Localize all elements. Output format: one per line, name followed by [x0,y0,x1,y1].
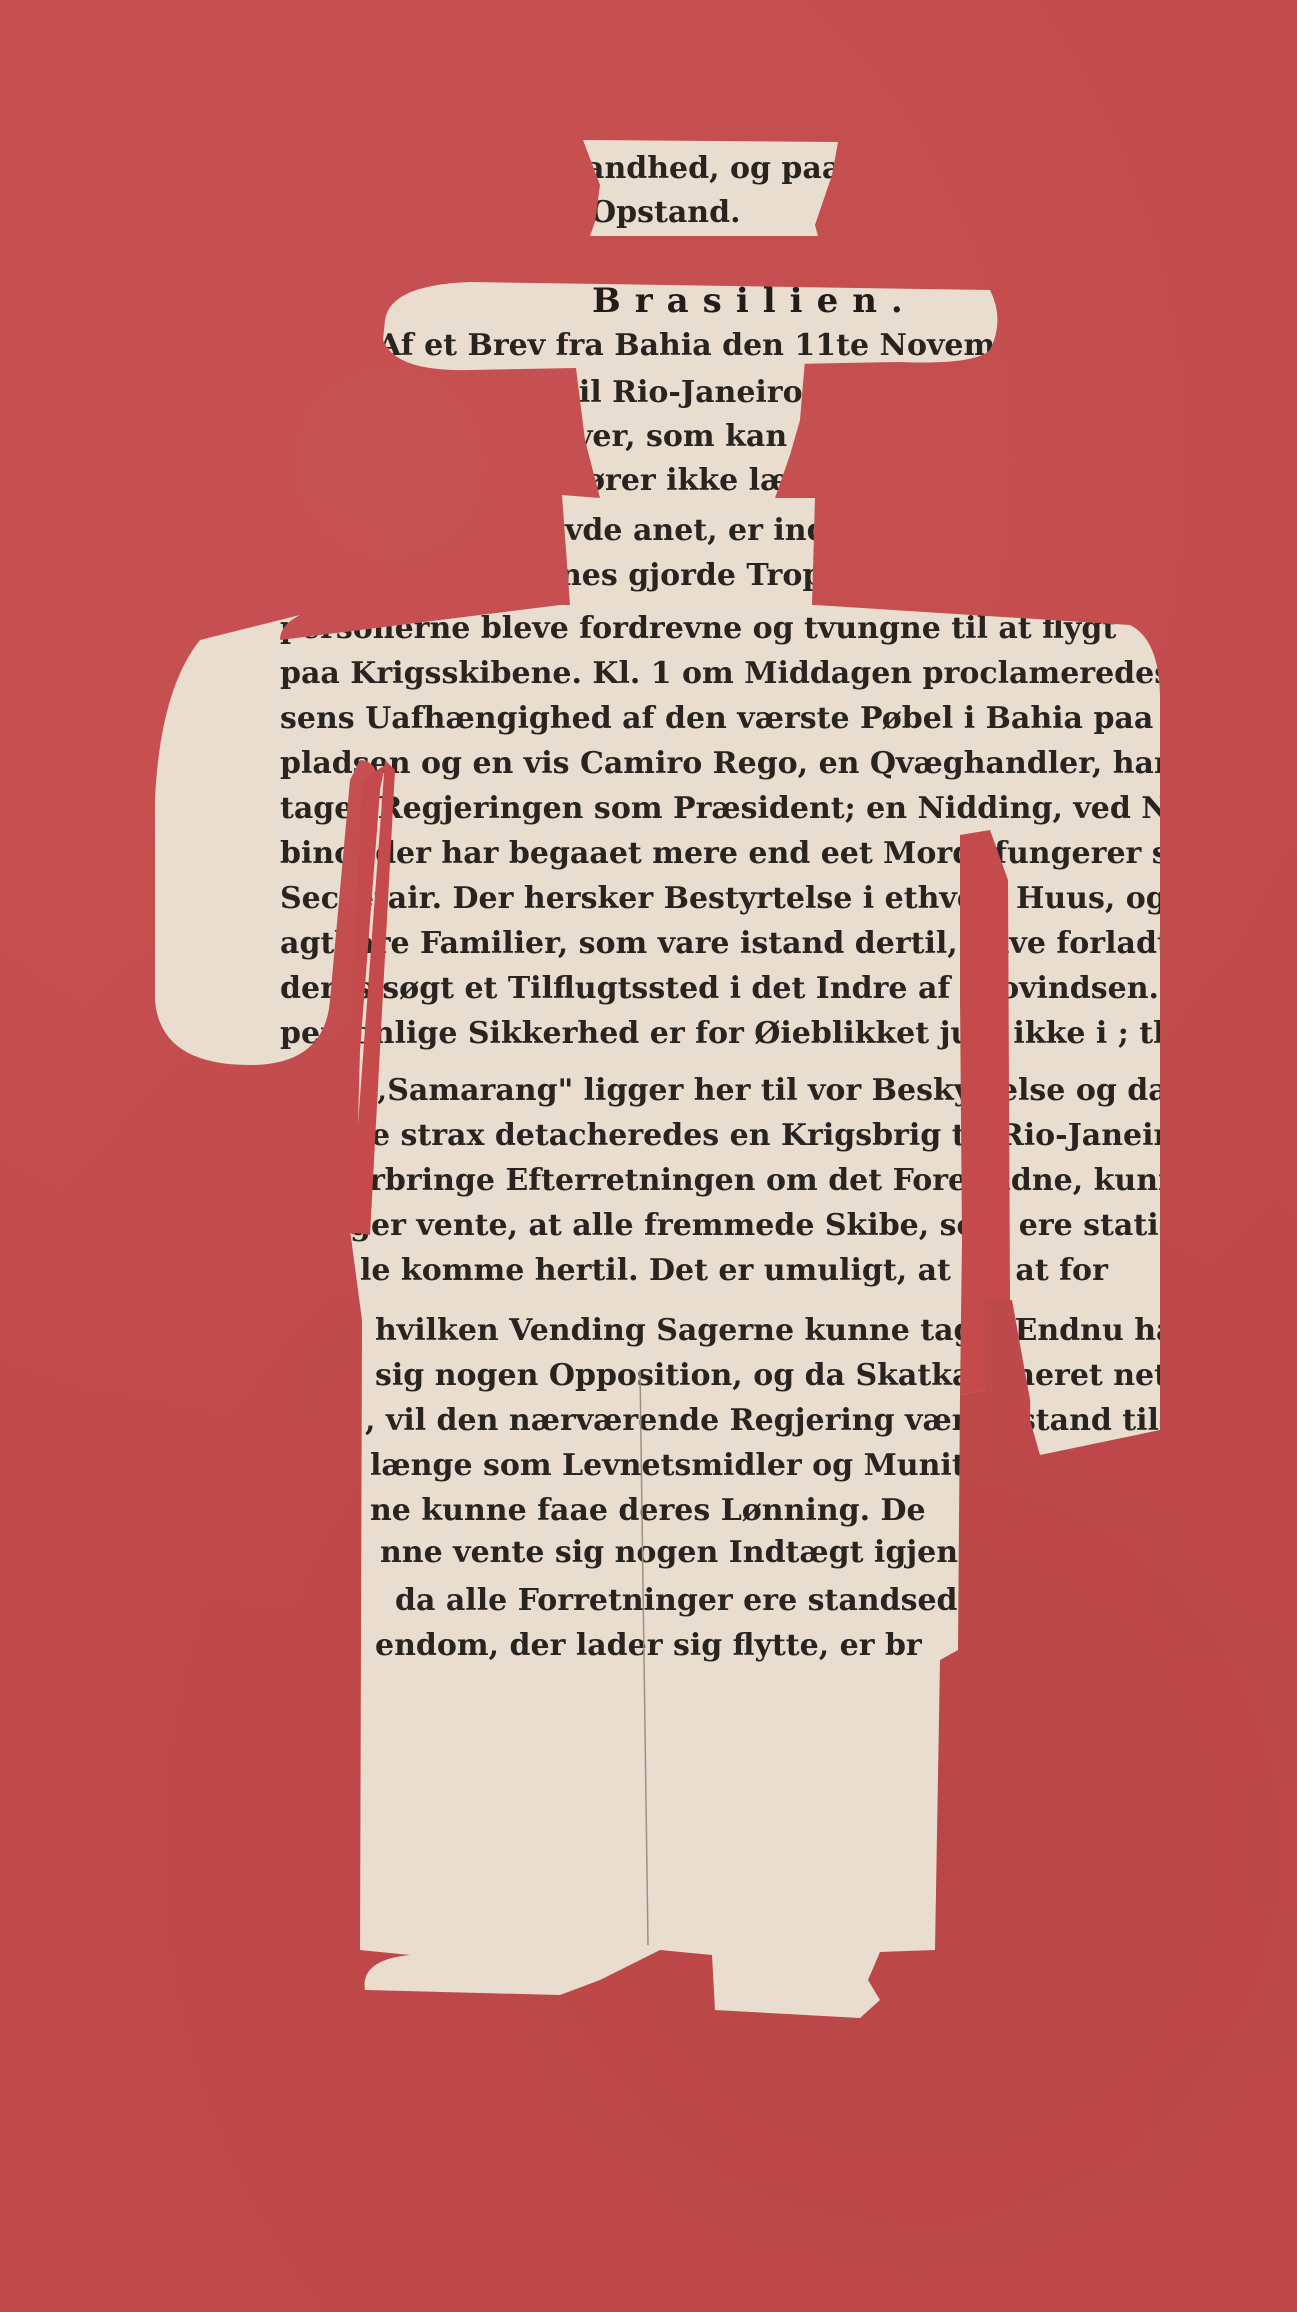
svg-text:Secretair. Der hersker Bestyrt: Secretair. Der hersker Bestyrtelse i eth… [280,881,1197,916]
svg-text:Opstand.: Opstand. [590,195,741,230]
svg-text:ver, som kan: ver, som kan [574,419,787,454]
paper-cutout-figure: andhed, og paastø Opstand. Brasilien. Af… [0,0,1297,2312]
svg-text:vde anet, er indt: vde anet, er indt [564,513,842,548]
svg-text:nne vente sig nogen Indtægt ig: nne vente sig nogen Indtægt igjennem [380,1535,1031,1570]
svg-text:personlige Sikkerhed er for Øi: personlige Sikkerhed er for Øieblikket j… [280,1016,1252,1051]
svg-text:hvilken Vending Sagerne kunne: hvilken Vending Sagerne kunne tage. Endn… [375,1313,1242,1348]
svg-text:erbringe Efterretningen om det: erbringe Efterretningen om det Forefaldn… [350,1163,1297,1198]
svg-text:nes gjorde Tropp: nes gjorde Tropp [560,558,844,593]
svg-text:agtbare Familier, som vare ist: agtbare Familier, som vare istand dertil… [280,926,1217,961]
svg-text:ger vente, at alle fremmede Sk: ger vente, at alle fremmede Skibe, som e… [350,1208,1237,1243]
svg-text:deres søgt et Tilflugtssted i: deres søgt et Tilflugtssted i det Indre … [280,971,1210,1006]
svg-text:sens Uafhængighed af den værst: sens Uafhængighed af den værste Pøbel i … [280,701,1228,736]
svg-text:pladsen og en vis Camiro Rego,: pladsen og en vis Camiro Rego, en Qvægha… [280,746,1200,781]
svg-text:personerne bleve fordrevne og: personerne bleve fordrevne og tvungne ti… [280,611,1116,646]
svg-text:endom, der lader sig flytte, e: endom, der lader sig flytte, er br [375,1628,923,1663]
svg-text:ører ikke læng: ører ikke læng [585,463,832,498]
svg-text:Af et Brev fra Bahia den 11te: Af et Brev fra Bahia den 11te Novemb [377,328,1016,363]
svg-text:da alle Forretninger ere stand: da alle Forretninger ere standsede. [395,1583,987,1618]
svg-text:sig nogen Opposition, og da Sk: sig nogen Opposition, og da Skatkammeret… [375,1358,1255,1393]
svg-text:længe som Levnetsmidler og Mun: længe som Levnetsmidler og Munition [370,1448,1019,1483]
svg-text:andhed, og paastø: andhed, og paastø [585,151,892,186]
right-arm-gap [960,830,1010,1395]
svg-text:til Rio-Janeiro: til Rio-Janeiro [565,375,803,410]
svg-text:bino, der har begaaet mere end: bino, der har begaaet mere end eet Mord,… [280,836,1272,871]
newspaper-clipping: andhed, og paastø Opstand. Brasilien. Af… [0,0,1297,2312]
svg-text:„Samarang" ligger her til vor: „Samarang" ligger her til vor Beskyttels… [370,1073,1235,1108]
svg-text:, vil den nærværende Regjering: , vil den nærværende Regjering være i st… [365,1403,1266,1438]
svg-text:de strax detacheredes en Krigs: de strax detacheredes en Krigsbrig til R… [350,1118,1260,1153]
svg-text:taget Regjeringen som Præsiden: taget Regjeringen som Præsident; en Nidd… [280,791,1228,826]
svg-text:paa Krigsskibene. Kl. 1 om Mid: paa Krigsskibene. Kl. 1 om Middagen proc… [280,656,1221,691]
svg-text:ne kunne faae deres Lønning. D: ne kunne faae deres Lønning. De [370,1493,926,1528]
svg-text:Brasilien.: Brasilien. [592,281,917,321]
